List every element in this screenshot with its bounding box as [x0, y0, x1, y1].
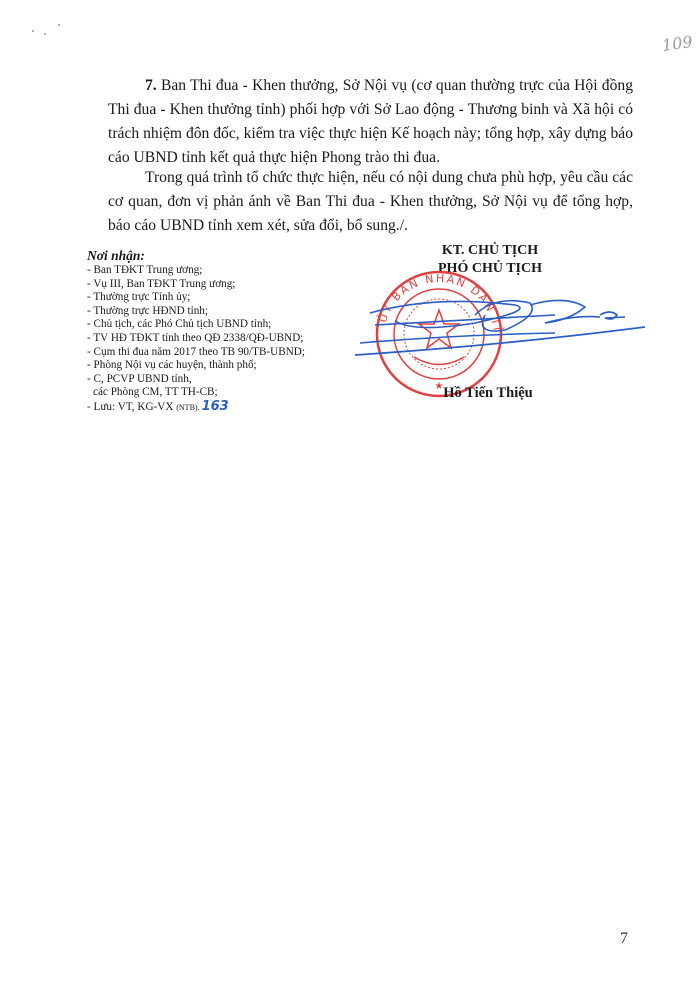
- signer-name: Hồ Tiến Thiệu: [398, 385, 578, 402]
- recipient-item: - Lưu: VT, KG-VX (NTB).163: [87, 400, 305, 415]
- recipient-archive: - Lưu: VT, KG-VX: [87, 401, 173, 413]
- recipient-item: - Ban TĐKT Trung ương;: [87, 264, 305, 278]
- recipient-item: - Vụ III, Ban TĐKT Trung ương;: [87, 278, 305, 292]
- recipient-item: - Cụm thi đua năm 2017 theo TB 90/TB-UBN…: [87, 346, 305, 360]
- recipient-item: - TV HĐ TĐKT tỉnh theo QĐ 2338/QĐ-UBND;: [87, 332, 305, 346]
- handwritten-page-mark: 109: [661, 32, 694, 55]
- paragraph-text: Ban Thi đua - Khen thưởng, Sở Nội vụ (cơ…: [108, 77, 633, 166]
- recipient-item: các Phòng CM, TT TH-CB;: [87, 386, 305, 400]
- recipients-list: Nơi nhận: - Ban TĐKT Trung ương;- Vụ III…: [87, 248, 305, 415]
- signature-role-line1: KT. CHỦ TỊCH: [400, 243, 580, 259]
- signature-icon: [355, 285, 645, 365]
- page-number: 7: [620, 930, 628, 948]
- scan-specks: [30, 24, 60, 34]
- recipient-item: - Thường trực HĐND tỉnh;: [87, 305, 305, 319]
- handwritten-number: 163: [202, 399, 229, 414]
- recipient-item: - Chủ tịch, các Phó Chủ tịch UBND tỉnh;: [87, 318, 305, 332]
- paragraph-item-7: 7. Ban Thi đua - Khen thưởng, Sở Nội vụ …: [108, 74, 633, 170]
- recipient-archive-suffix: (NTB).: [176, 403, 199, 412]
- recipient-item: - Phòng Nội vụ các huyện, thành phố;: [87, 359, 305, 373]
- paragraph-number: 7.: [145, 77, 157, 94]
- recipients-title: Nơi nhận:: [87, 248, 305, 264]
- recipient-item: - C, PCVP UBND tỉnh,: [87, 373, 305, 387]
- recipient-item: - Thường trực Tỉnh ủy;: [87, 291, 305, 305]
- paragraph-closing: Trong quá trình tổ chức thực hiện, nếu c…: [108, 166, 633, 238]
- paragraph-text: Trong quá trình tổ chức thực hiện, nếu c…: [108, 169, 633, 234]
